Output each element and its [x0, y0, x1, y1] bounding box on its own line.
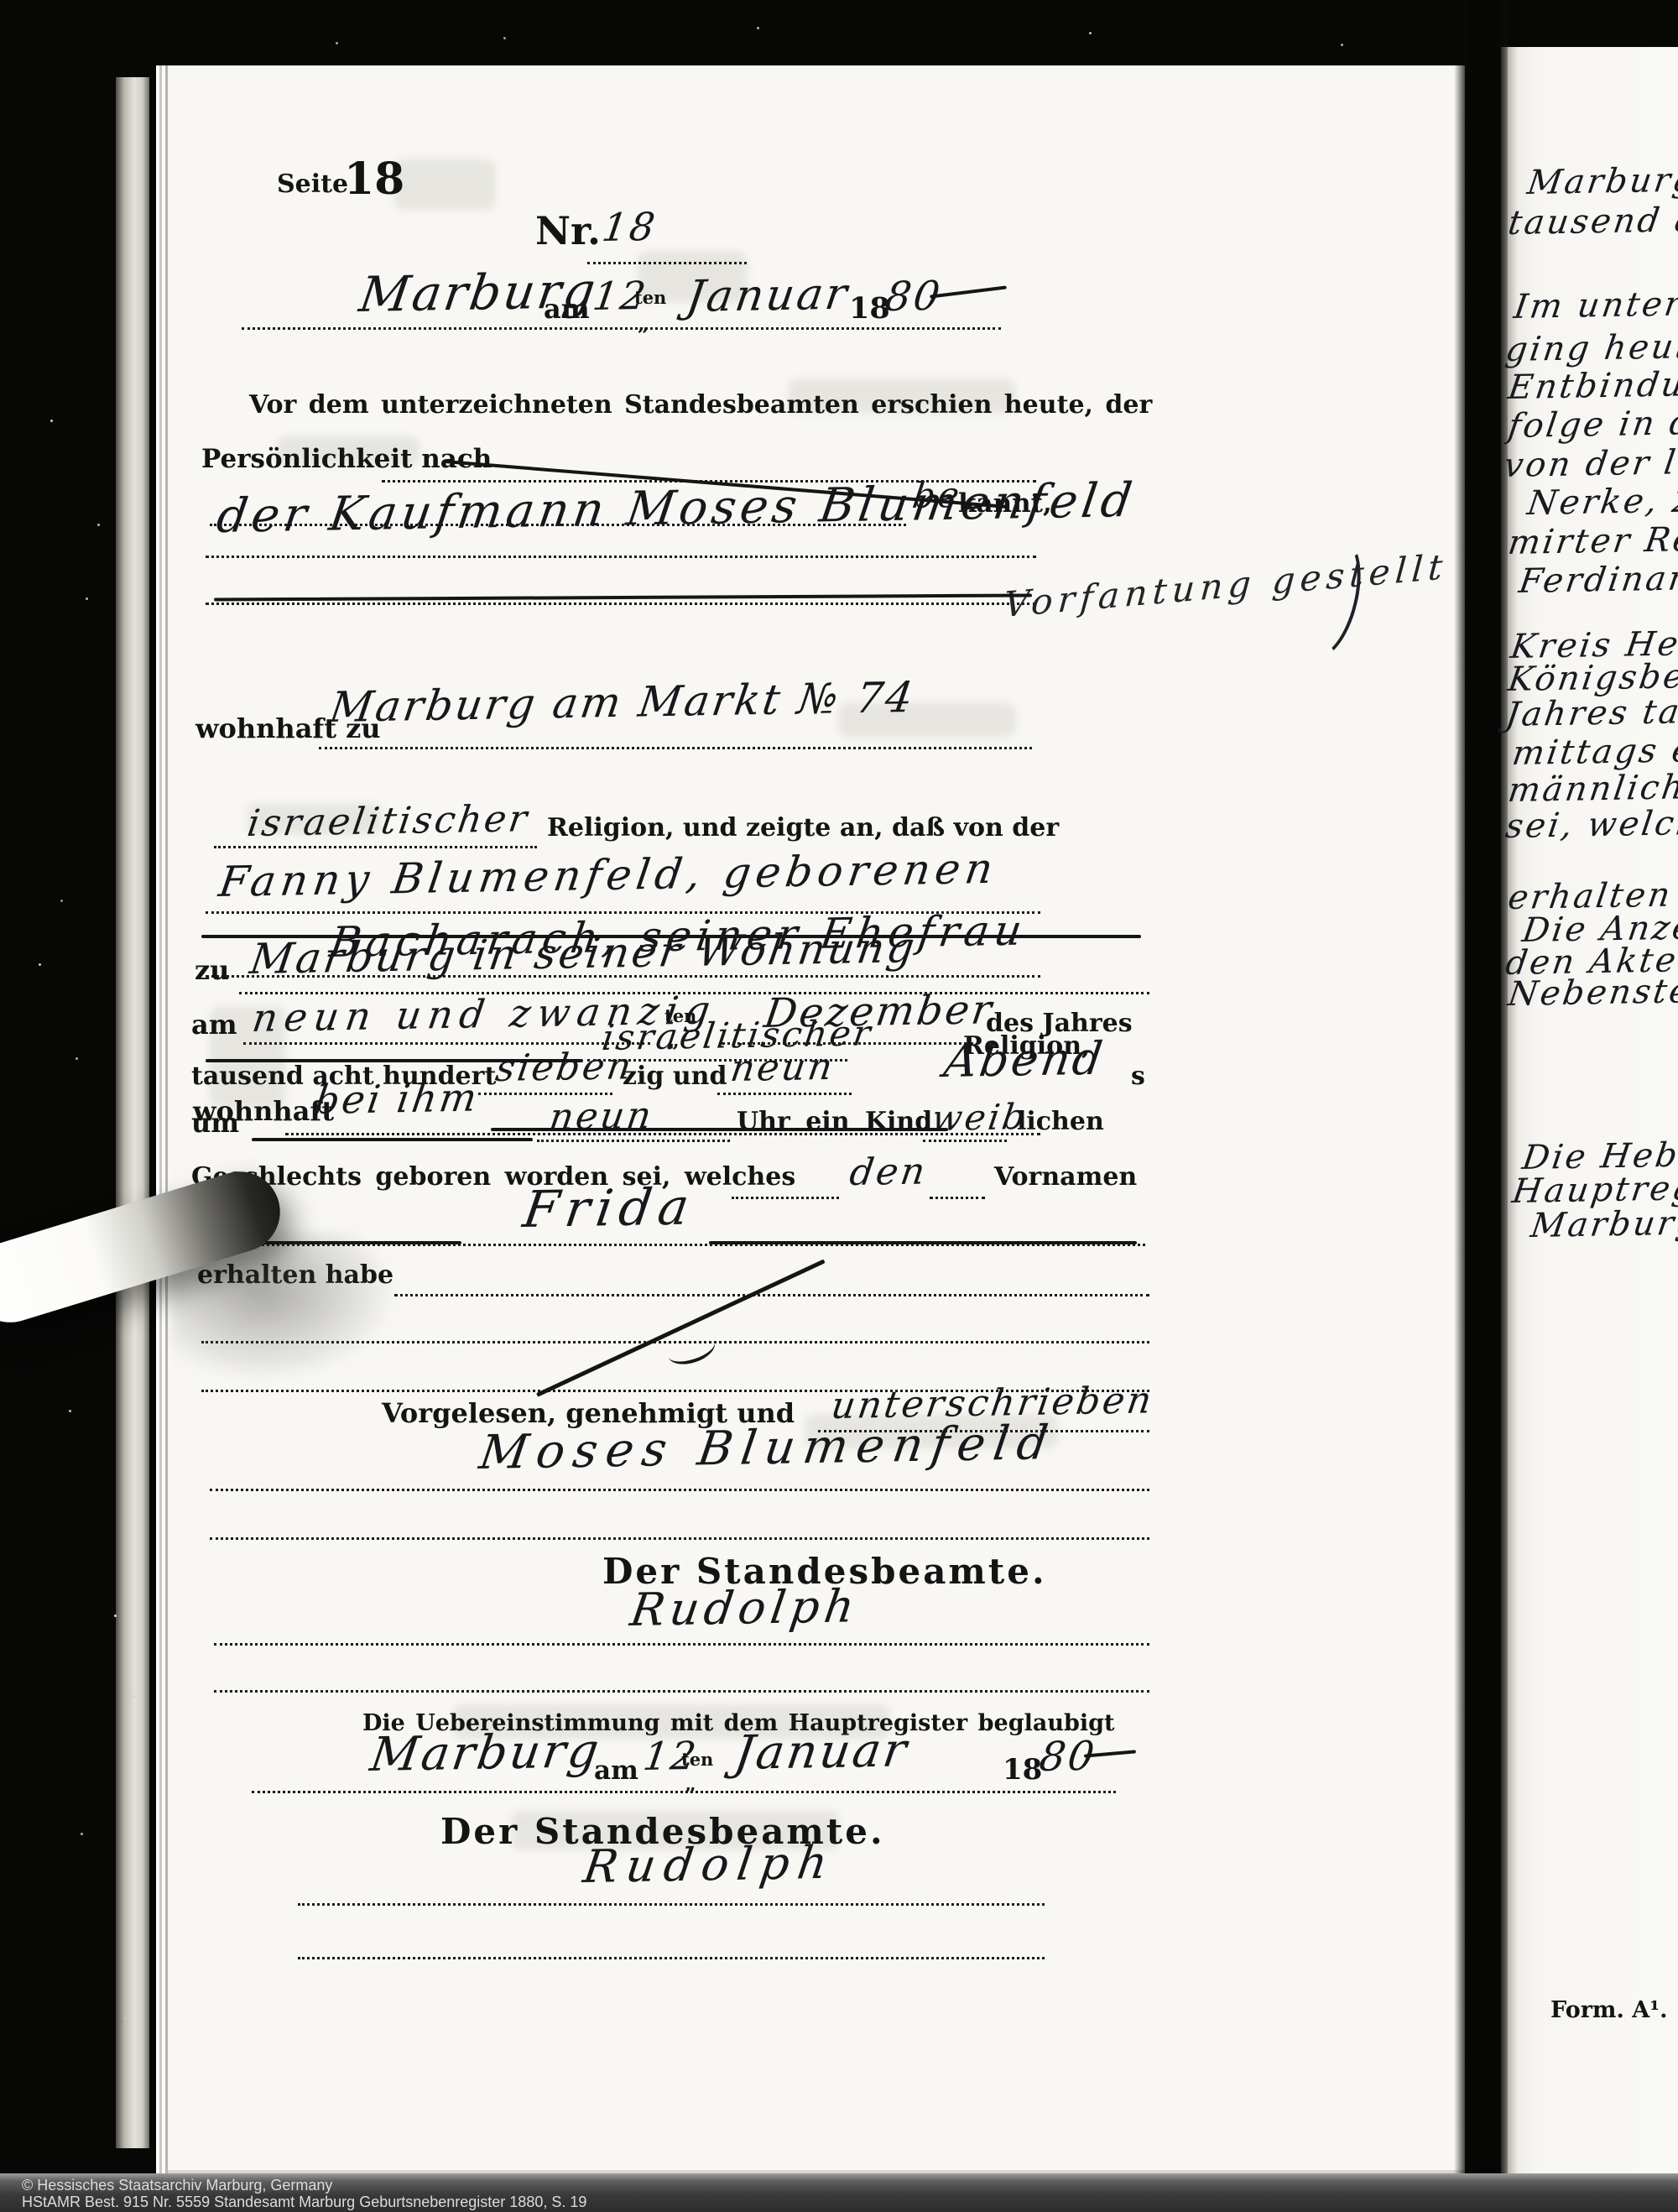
year-unit-handwritten: neun [728, 1049, 837, 1088]
vornamen-label: Vornamen [994, 1165, 1137, 1190]
dateline-ten-suffix: ten [634, 289, 666, 306]
right-page-line: von der ledig nu [1502, 443, 1678, 483]
religion1-printed: Religion, und zeigte an, daß von der [547, 816, 1059, 841]
dotted-line [242, 327, 1001, 330]
s-suffix-printed: s [1131, 1064, 1145, 1089]
right-page-line: ging heute Augenz [1503, 326, 1678, 367]
geschlechts-line: Geschlechts geboren worden sei, welches [191, 1165, 795, 1190]
religion1-handwritten: israelitischer [245, 801, 532, 843]
cert-city-handwritten: Marburg [367, 1728, 604, 1779]
pen-stroke [709, 1241, 1137, 1244]
tausend-label: tausend acht hundert [191, 1064, 496, 1089]
dotted-line [214, 1690, 1149, 1693]
right-page-line: sei, welche [1503, 806, 1678, 843]
right-page-line: männlichen G [1506, 769, 1678, 807]
right-page-line: tausend achtz [1506, 201, 1678, 240]
birth-day-underquote: „ [668, 1030, 680, 1051]
dotted-line [206, 603, 1036, 605]
right-page-line: Nerke, 23 J [1525, 483, 1678, 520]
dotted-line [210, 1489, 1149, 1491]
daytime-handwritten: Abend [941, 1036, 1107, 1084]
dateline-month-handwritten: Januar [684, 273, 852, 319]
dotted-line [319, 747, 1032, 749]
birth-month-handwritten: Dezember [762, 989, 997, 1034]
archive-watermark-bar: © Hessisches Staatsarchiv Marburg, Germa… [0, 2173, 1678, 2212]
dotted-line [732, 1197, 839, 1199]
lichen-label: lichen [1017, 1109, 1104, 1135]
declarant-signature: Moses Blumenfeld [477, 1420, 1059, 1477]
right-page-line: Hauptregist [1510, 1171, 1678, 1208]
zig-und-label: zig und [623, 1064, 727, 1089]
right-page-line: mirter Religi [1506, 522, 1678, 560]
cert-month-handwritten: Januar [732, 1727, 912, 1777]
form-reference: Form. A¹. [1550, 1999, 1667, 2022]
right-page-line: Ferdinand N [1517, 561, 1678, 598]
dateline-am-label: am [544, 295, 590, 322]
dotted-line [298, 1903, 1045, 1906]
right-page-line: folge in der H [1506, 404, 1678, 443]
cert-ten-underquote: „ [685, 1774, 696, 1794]
dotted-line [243, 1042, 650, 1045]
right-page-line: Marburg [1529, 1206, 1678, 1243]
dust-speckles [50, 420, 53, 422]
mother-name-handwritten: Fanny Blumenfeld, geborenen [216, 848, 1000, 903]
birth-day-ten-suffix: ten [664, 1007, 696, 1025]
right-page-line: Nebenstehen [1506, 973, 1678, 1011]
residence-handwritten: Marburg am Markt № 74 [327, 676, 918, 728]
dotted-line [252, 1791, 1116, 1793]
right-page-line: Entbindungsa [1506, 366, 1678, 404]
dotted-line [214, 1643, 1149, 1646]
right-page-line: Marburg a [1525, 163, 1678, 200]
dotted-line [537, 1140, 730, 1142]
den-handwritten: den [847, 1153, 930, 1192]
dotted-line [298, 1957, 1045, 1959]
dotted-line [587, 262, 747, 264]
right-page-line: Im unterzei [1512, 286, 1678, 324]
dotted-line [717, 1093, 852, 1095]
pen-stroke [491, 1128, 948, 1131]
dotted-line [214, 846, 537, 848]
birth-day-handwritten: neun und zwanzig [250, 990, 719, 1037]
child-name-handwritten: Frida [520, 1182, 699, 1235]
cert-ten-suffix: ten [681, 1750, 713, 1768]
official-signature-2: Rudolph [581, 1840, 839, 1890]
right-page-line: Jahres tausen [1503, 693, 1678, 732]
pen-stroke [206, 1059, 583, 1062]
pen-stroke [252, 1138, 533, 1141]
dotted-line [923, 1140, 1007, 1142]
nr-label: Nr. [535, 211, 601, 250]
seite-label: Seite [277, 172, 348, 197]
official-signature: Rudolph [628, 1583, 862, 1633]
dotted-line [930, 1197, 985, 1199]
dotted-line [394, 1294, 1149, 1296]
book-gutter [1454, 0, 1508, 2212]
bleedthrough-smudge [394, 159, 495, 210]
dateline-ten-underquote: „ [638, 314, 649, 334]
right-page-line: Königsberg, [1506, 659, 1678, 696]
cert-am-label: am [594, 1758, 638, 1784]
intro-line1: Vor dem unterzeichneten Standesbeamten e… [249, 393, 1152, 418]
am-label: am [191, 1011, 237, 1038]
nr-value-handwritten: 18 [600, 207, 659, 247]
pen-stroke [201, 935, 1141, 938]
dotted-line [206, 556, 1036, 558]
archive-copyright-line: © Hessisches Staatsarchiv Marburg, Germa… [22, 2177, 332, 2194]
um-label: um [191, 1109, 239, 1136]
zu-label: zu [195, 957, 229, 983]
year-decade-handwritten: sieben [493, 1048, 636, 1088]
right-page-line: mittags ein [1510, 733, 1678, 770]
page-stack-fore-edge [116, 77, 149, 2148]
dotted-line [210, 1537, 1149, 1540]
archive-reference-line: HStAMR Best. 915 Nr. 5559 Standesamt Mar… [22, 2194, 586, 2211]
scanned-register-page: Seite 18 Nr. 18 Marburg am 12 ten „ Janu… [0, 0, 1678, 2212]
page-number: 18 [344, 158, 404, 201]
